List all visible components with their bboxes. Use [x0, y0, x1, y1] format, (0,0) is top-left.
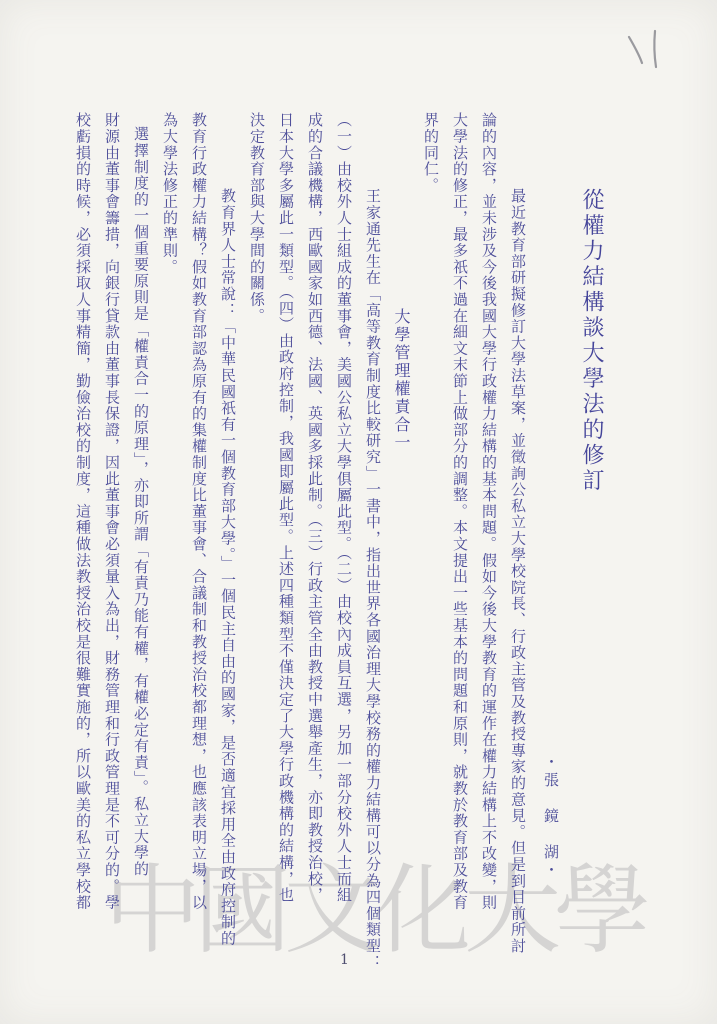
- article-title: 從權力結構談大學法的修訂: [570, 112, 612, 968]
- paragraph: 最近教育部研擬修訂大學法草案，並徵詢公私立大學校院長、行政主管及教授專家的意見。…: [416, 112, 532, 968]
- paragraph: 選擇制度的一個重要原則是「權責合一的原理」，亦即所謂「有責乃能有權，有權必定有責…: [68, 112, 155, 968]
- article: 從權力結構談大學法的修訂 ・張 鏡 湖・ 最近教育部研擬修訂大學法草案，並徵詢公…: [68, 112, 612, 968]
- paragraph: 王家通先生在「高等教育制度比較研究」一書中，指出世界各國治理大學校務的權力結構可…: [242, 112, 387, 968]
- scanned-page: 中國文化大學 從權力結構談大學法的修訂 ・張 鏡 湖・ 最近教育部研擬修訂大學法…: [0, 0, 717, 1024]
- paragraph: 教育界人士常說：「中華民國祇有一個教育部大學。」一個民主自由的國家，是否適宜採用…: [155, 112, 242, 968]
- author-name: ・張 鏡 湖・: [532, 112, 570, 968]
- page-number: 1: [340, 952, 350, 968]
- pen-mark-icon: [618, 24, 670, 76]
- section-heading: 大學管理權責合一: [387, 112, 416, 968]
